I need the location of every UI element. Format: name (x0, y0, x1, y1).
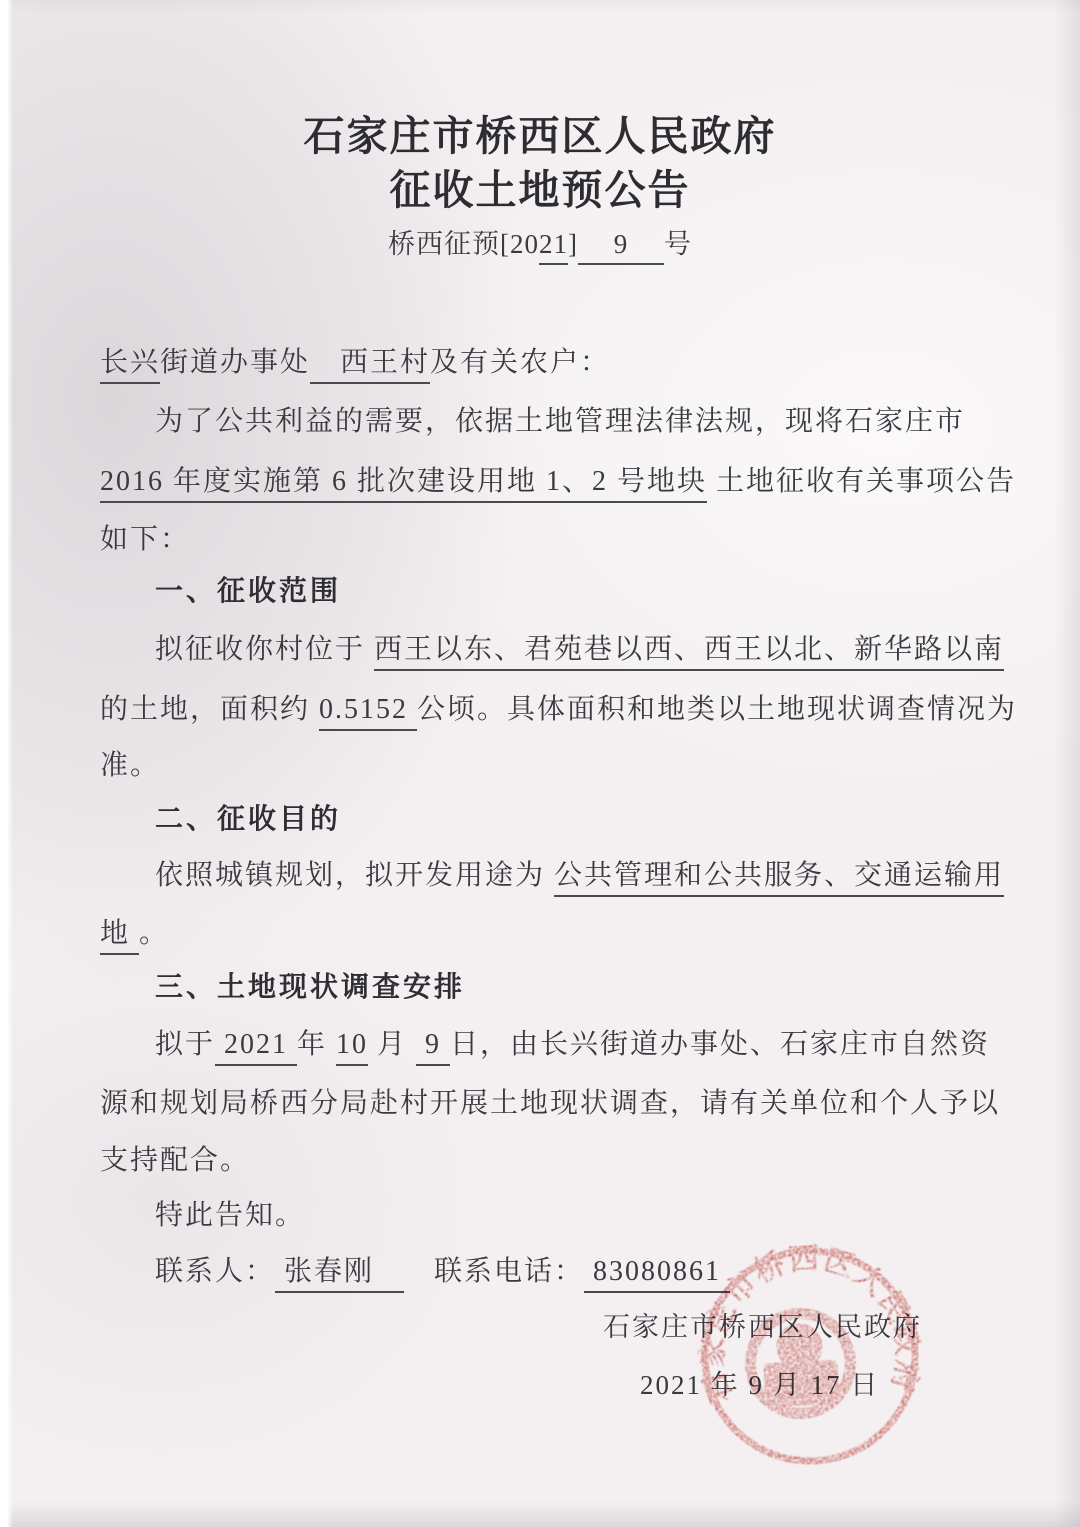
docno-bracket: ] (568, 229, 578, 259)
purpose-blank-cont: 地 (100, 920, 139, 955)
survey-year-blank: 2021 (215, 1031, 297, 1066)
intro-paragraph-line3: 如下： (100, 526, 190, 554)
section3-line1: 拟于 2021 年 10 月 9 日，由长兴街道办事处、石家庄市自然资 (155, 1031, 990, 1066)
contact-person-label: 联系人： (155, 1256, 275, 1287)
section3-heading: 三、土地现状调查安排 (155, 974, 465, 1002)
purpose-intro: 依照城镇规划，拟开发用途为 (155, 860, 554, 891)
salutation-line: 长兴街道办事处 西王村及有关农户： (100, 349, 610, 384)
area-intro: 的土地，面积约 (100, 694, 319, 725)
boundaries-blank: 西王以东、君苑巷以西、西王以北、新华路以南 (374, 636, 1004, 671)
seal-national-emblem (748, 1311, 853, 1416)
survey-intro: 拟于 (155, 1029, 215, 1060)
area-rest: 公顷。具体面积和地类以土地现状调查情况为 (417, 694, 1017, 725)
street-office-label: 街道办事处 (160, 347, 310, 378)
docno-serial-blank: 9 (578, 231, 664, 265)
street-office-blank: 长兴 (100, 349, 160, 384)
official-seal: 石家庄市桥西区人民政府 (691, 1237, 929, 1475)
survey-line1-rest: 日，由长兴街道办事处、石家庄市自然资 (450, 1029, 990, 1060)
section3-line2: 源和规划局桥西分局赴村开展土地现状调查，请有关单位和个人予以 (100, 1090, 1000, 1118)
salutation-suffix: 及有关农户： (430, 347, 610, 378)
section3-line3: 支持配合。 (100, 1147, 250, 1175)
contact-phone-label: 联系电话： (404, 1256, 584, 1287)
document-number: 桥西征预[2021] 9 号 (0, 231, 1080, 265)
section1-line3: 准。 (100, 752, 160, 780)
section1-heading: 一、征收范围 (155, 578, 341, 606)
intro-paragraph-line1: 为了公共利益的需要，依据土地管理法律法规，现将石家庄市 (155, 408, 965, 436)
contact-line: 联系人： 张春刚 联系电话： 83080861 (155, 1258, 730, 1293)
document-title-line1: 石家庄市桥西区人民政府 (0, 116, 1080, 157)
scope-intro: 拟征收你村位于 (155, 634, 374, 665)
village-blank: 西王村 (310, 349, 430, 384)
contact-person-blank: 张春刚 (275, 1258, 404, 1293)
area-value-blank: 0.5152 (319, 696, 417, 731)
intro-line2-rest: 土地征收有关事项公告 (707, 466, 1016, 497)
purpose-period: 。 (139, 918, 169, 949)
notice-line: 特此告知。 (155, 1202, 305, 1230)
land-batch-blank: 2016 年度实施第 6 批次建设用地 1、2 号地块 (100, 468, 707, 503)
survey-month-blank: 10 (336, 1031, 368, 1066)
scanned-announcement-document: 石家庄市桥西区人民政府 征收土地预公告 桥西征预[2021] 9 号 长兴街道办… (0, 0, 1080, 1527)
docno-prefix: 桥西征预[20 (388, 229, 539, 259)
section1-line2: 的土地，面积约 0.5152 公顷。具体面积和地类以土地现状调查情况为 (100, 696, 1017, 731)
survey-year-label: 年 (297, 1029, 336, 1060)
document-title-line2: 征收土地预公告 (0, 170, 1080, 211)
section2-line1: 依照城镇规划，拟开发用途为 公共管理和公共服务、交通运输用 (155, 862, 1004, 897)
section2-heading: 二、征收目的 (155, 806, 341, 834)
docno-year-blank: 21 (539, 231, 568, 265)
survey-day-blank: 9 (416, 1031, 450, 1066)
intro-paragraph-line2: 2016 年度实施第 6 批次建设用地 1、2 号地块 土地征收有关事项公告 (100, 468, 1016, 503)
survey-month-label: 月 (368, 1029, 416, 1060)
docno-suffix: 号 (664, 229, 692, 259)
purpose-blank: 公共管理和公共服务、交通运输用 (554, 862, 1004, 897)
section1-line1: 拟征收你村位于 西王以东、君苑巷以西、西王以北、新华路以南 (155, 636, 1004, 671)
section2-line2: 地 。 (100, 920, 169, 955)
